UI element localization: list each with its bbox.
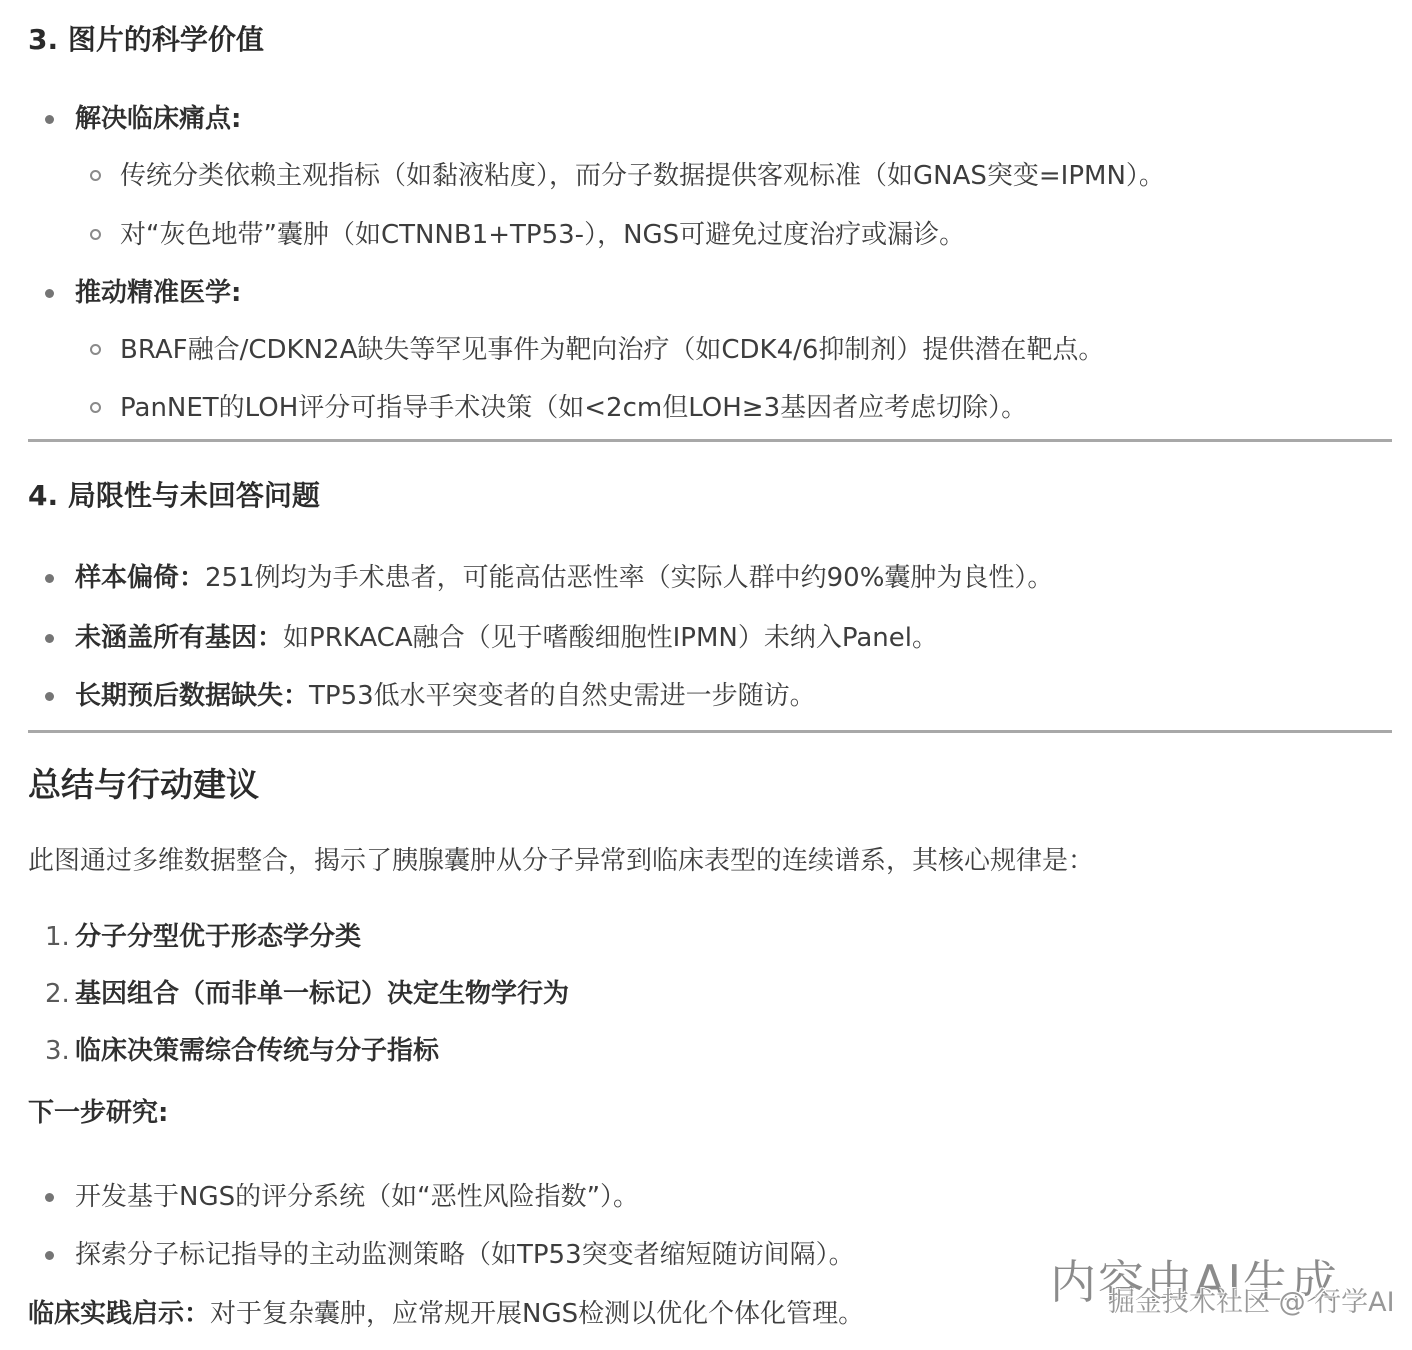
bullet-dot-icon [45, 574, 54, 583]
summary-intro: 此图通过多维数据整合，揭示了胰腺囊肿从分子异常到临床表型的连续谱系，其核心规律是… [28, 844, 1394, 878]
bullet-circle-icon [90, 229, 101, 240]
list-item-text: 251例均为手术患者，可能高估恶性率（实际人群中约90%囊肿为良性）。 [205, 563, 1053, 593]
bullet-dot-icon [45, 1193, 54, 1202]
list-item-text: 如PRKACA融合（见于嗜酸细胞性IPMN）未纳入Panel。 [283, 623, 938, 653]
list-item-label: 样本偏倚： [75, 563, 205, 593]
list-item: 解决临床痛点: [45, 102, 1394, 136]
section4-heading: 4. 局限性与未回答问题 [28, 478, 1394, 514]
section3-heading: 3. 图片的科学价值 [28, 22, 1394, 58]
list-item-label: 推动精准医学: [75, 276, 241, 310]
summary-heading: 总结与行动建议 [28, 764, 1394, 806]
list-item: 开发基于NGS的评分系统（如“恶性风险指数”）。 [45, 1180, 1394, 1214]
bullet-circle-icon [90, 402, 101, 413]
section-divider [28, 439, 1392, 442]
list-item-label: 解决临床痛点: [75, 102, 241, 136]
numbered-item-text: 临床决策需综合传统与分子指标 [75, 1034, 439, 1068]
numbered-item: 1. 分子分型优于形态学分类 [45, 920, 1394, 954]
bullet-dot-icon [45, 289, 54, 298]
bullet-dot-icon [45, 115, 54, 124]
list-item-text: 传统分类依赖主观指标（如黏液粘度），而分子数据提供客观标准（如GNAS突变=IP… [120, 159, 1165, 193]
bullet-dot-icon [45, 1251, 54, 1260]
list-item: 样本偏倚：251例均为手术患者，可能高估恶性率（实际人群中约90%囊肿为良性）。 [45, 561, 1394, 595]
next-steps-heading: 下一步研究: [28, 1096, 1394, 1130]
list-item: 推动精准医学: [45, 276, 1394, 310]
numbered-item-text: 基因组合（而非单一标记）决定生物学行为 [75, 977, 569, 1011]
list-item: BRAF融合/CDKN2A缺失等罕见事件为靶向治疗（如CDK4/6抑制剂）提供潜… [90, 333, 1394, 367]
numbered-item: 2. 基因组合（而非单一标记）决定生物学行为 [45, 977, 1394, 1011]
item-number: 3. [45, 1034, 75, 1068]
bullet-circle-icon [90, 344, 101, 355]
list-item-label: 未涵盖所有基因： [75, 623, 283, 653]
list-item: 长期预后数据缺失：TP53低水平突变者的自然史需进一步随访。 [45, 679, 1394, 713]
list-item: 传统分类依赖主观指标（如黏液粘度），而分子数据提供客观标准（如GNAS突变=IP… [90, 159, 1394, 193]
list-item-text: 对“灰色地带”囊肿（如CTNNB1+TP53-），NGS可避免过度治疗或漏诊。 [120, 218, 965, 252]
item-number: 2. [45, 977, 75, 1011]
list-item-text: TP53低水平突变者的自然史需进一步随访。 [309, 681, 816, 711]
list-item-text: PanNET的LOH评分可指导手术决策（如<2cm但LOH≥3基因者应考虑切除）… [120, 391, 1027, 425]
community-watermark: 掘金技术社区 @ 行学AI [1108, 1287, 1395, 1319]
bullet-dot-icon [45, 692, 54, 701]
item-number: 1. [45, 920, 75, 954]
bullet-dot-icon [45, 634, 54, 643]
closing-label: 临床实践启示： [28, 1299, 210, 1329]
closing-text: 对于复杂囊肿，应常规开展NGS检测以优化个体化管理。 [210, 1299, 864, 1329]
numbered-item-text: 分子分型优于形态学分类 [75, 920, 361, 954]
list-item: 未涵盖所有基因：如PRKACA融合（见于嗜酸细胞性IPMN）未纳入Panel。 [45, 621, 1394, 655]
list-item-text: 开发基于NGS的评分系统（如“恶性风险指数”）。 [75, 1180, 639, 1214]
list-item: PanNET的LOH评分可指导手术决策（如<2cm但LOH≥3基因者应考虑切除）… [90, 391, 1394, 425]
list-item: 对“灰色地带”囊肿（如CTNNB1+TP53-），NGS可避免过度治疗或漏诊。 [90, 218, 1394, 252]
list-item-label: 长期预后数据缺失： [75, 681, 309, 711]
bullet-circle-icon [90, 170, 101, 181]
section-divider [28, 730, 1392, 733]
list-item-text: 探索分子标记指导的主动监测策略（如TP53突变者缩短随访间隔）。 [75, 1238, 855, 1272]
list-item-text: BRAF融合/CDKN2A缺失等罕见事件为靶向治疗（如CDK4/6抑制剂）提供潜… [120, 333, 1104, 367]
document-body: 3. 图片的科学价值 解决临床痛点: 传统分类依赖主观指标（如黏液粘度），而分子… [0, 0, 1412, 1331]
numbered-item: 3. 临床决策需综合传统与分子指标 [45, 1034, 1394, 1068]
